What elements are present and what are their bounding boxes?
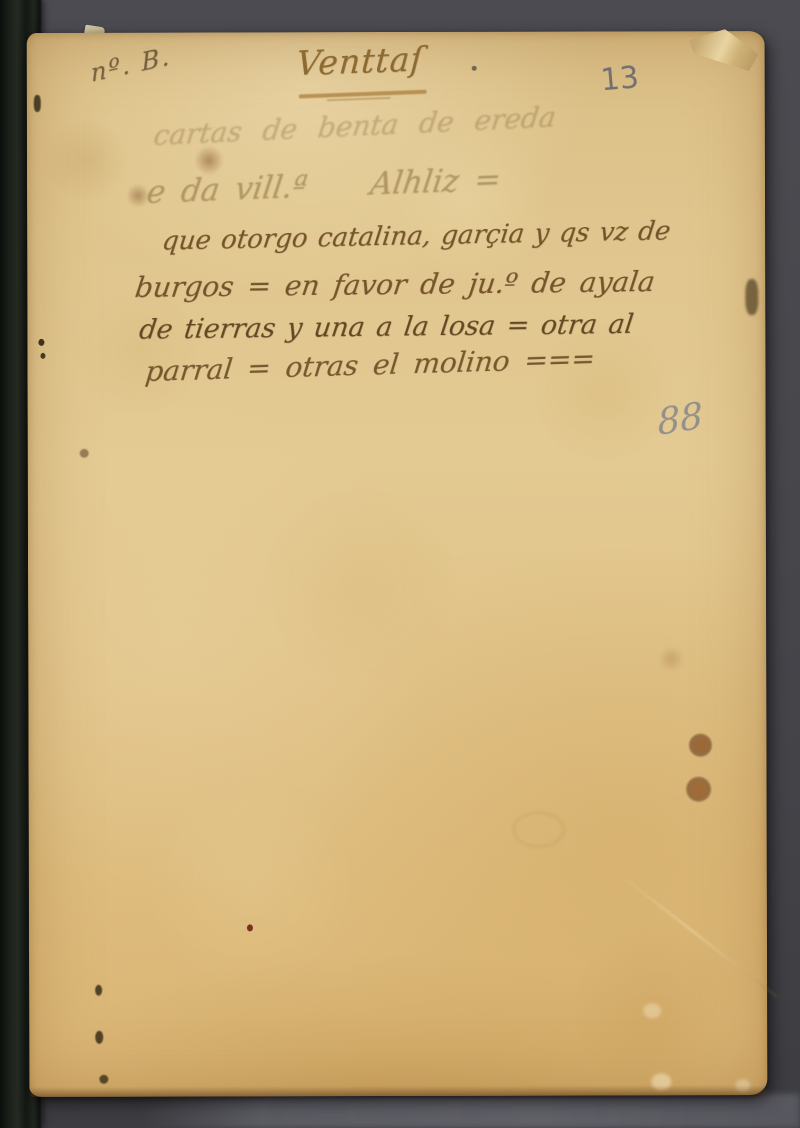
manuscript-line: e da vill.ª Alhliz =	[145, 161, 504, 210]
brown-wax-spot	[686, 776, 712, 802]
brown-wax-spot	[688, 733, 712, 757]
light-spot	[643, 1003, 661, 1018]
surface-reflection	[140, 1094, 800, 1128]
edge-ink-dot	[95, 985, 102, 996]
small-stain	[80, 449, 89, 458]
archival-scan-background: nº. B. Venttaſ 13 cartas de benta de ere…	[0, 0, 800, 1128]
edge-ink-dot	[40, 353, 45, 359]
edge-ink-dot	[38, 339, 44, 346]
page-title-venttas: Venttaſ	[295, 39, 425, 83]
page-corner-fold	[689, 29, 759, 71]
title-underline-flourish	[327, 97, 391, 101]
edge-ink-mark	[34, 95, 41, 112]
red-ink-dot	[247, 924, 253, 931]
folio-number-pencil: 13	[599, 60, 640, 98]
manuscript-line: parral = otras el molino ===	[144, 342, 597, 388]
faint-stain	[656, 647, 686, 671]
manuscript-line: cartas de benta de ereda	[152, 100, 558, 152]
light-spot	[735, 1079, 750, 1092]
parchment-crease	[610, 867, 777, 997]
edge-ink-dot	[99, 1075, 108, 1084]
light-spot	[651, 1073, 671, 1090]
manuscript-line: de tierras y una a la losa = otra al	[137, 309, 635, 346]
manuscript-line: que otorgo catalina, garçia y qs vz de	[160, 216, 672, 256]
old-ink-number-label: nº. B.	[90, 41, 172, 87]
edge-ink-dot	[95, 1031, 103, 1044]
ink-dot	[472, 66, 477, 71]
faint-ring-stain	[513, 812, 565, 848]
parchment-page: nº. B. Venttaſ 13 cartas de benta de ere…	[27, 31, 768, 1097]
archive-number-pencil: 88	[657, 396, 704, 444]
edge-ink-smudge	[745, 279, 758, 315]
manuscript-line: burgos = en favor de ju.º de ayala	[133, 265, 657, 304]
